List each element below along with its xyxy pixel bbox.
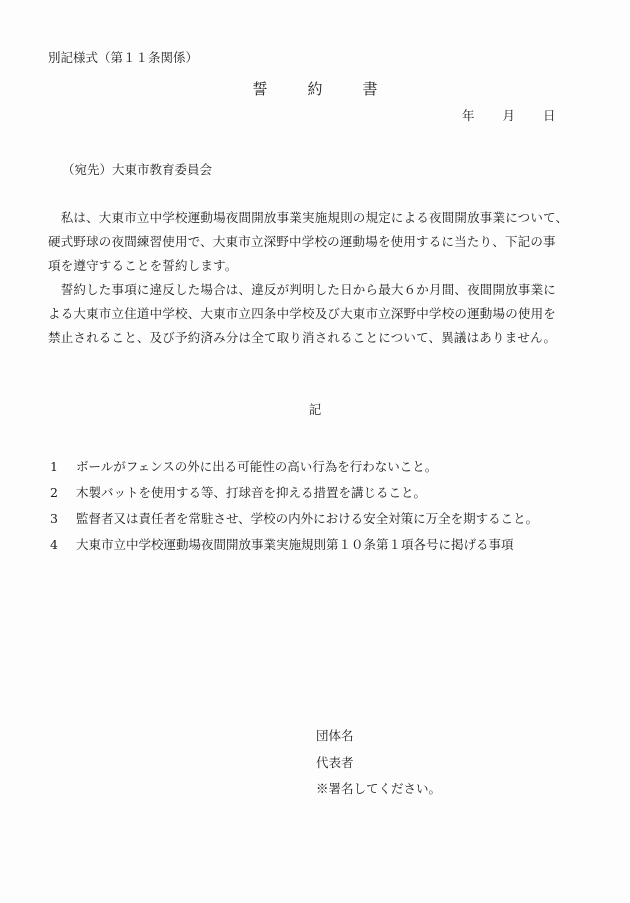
list-item: 3監督者又は責任者を常駐させ、学校の内外における安全対策に万全を期すること。 (50, 509, 538, 527)
paragraph-line: 項を遵守することを誓約します。 (48, 256, 238, 274)
list-text: 監督者又は責任者を常駐させ、学校の内外における安全対策に万全を期すること。 (76, 511, 538, 526)
list-item: 1ボールがフェンスの外に出る可能性の高い行為を行わないこと。 (50, 457, 437, 475)
list-number: 3 (50, 511, 76, 526)
paragraph-line: 硬式野球の夜間練習使用で、大東市立深野中学校の運動場を使用するに当たり、下記の事 (48, 232, 556, 250)
date-field: 年月日 (462, 106, 584, 124)
signature-note: ※署名してください。 (316, 779, 441, 797)
list-number: 2 (50, 485, 76, 500)
paragraph-line: よる大東市立住道中学校、大東市立四条中学校及び大東市立深野中学校の運動場の使用を (48, 304, 556, 322)
date-month: 月 (503, 106, 516, 124)
list-number: 1 (50, 459, 76, 474)
list-text: 木製バットを使用する等、打球音を抑える措置を講じること。 (76, 485, 426, 500)
paragraph-line: 私は、大東市立中学校運動場夜間開放事業実施規則の規定による夜間開放事業について、 (48, 208, 568, 226)
paragraph-line: 禁止されること、及び予約済み分は全て取り消されることについて、異議はありません。 (48, 328, 556, 346)
list-number: 4 (50, 537, 76, 552)
ki-heading: 記 (0, 400, 630, 418)
organization-label: 団体名 (316, 726, 354, 744)
list-text: ボールがフェンスの外に出る可能性の高い行為を行わないこと。 (76, 459, 437, 474)
document-title: 誓約書 (0, 78, 630, 99)
list-text: 大東市立中学校運動場夜間開放事業実施規則第１０条第１項各号に掲げる事項 (76, 537, 514, 552)
title-char: 誓 (252, 78, 267, 99)
paragraph-line: 誓約した事項に違反した場合は、違反が判明した日から最大６か月間、夜間開放事業に (48, 280, 556, 298)
addressee: （宛先）大東市教育委員会 (62, 160, 212, 178)
title-char: 約 (307, 78, 322, 99)
list-item: 4大東市立中学校運動場夜間開放事業実施規則第１０条第１項各号に掲げる事項 (50, 535, 514, 553)
representative-label: 代表者 (316, 753, 354, 771)
form-label: 別記様式（第１１条関係） (48, 48, 198, 66)
date-day: 日 (543, 106, 556, 124)
list-item: 2木製バットを使用する等、打球音を抑える措置を講じること。 (50, 483, 426, 501)
date-year: 年 (462, 106, 475, 124)
title-char: 書 (363, 78, 378, 99)
